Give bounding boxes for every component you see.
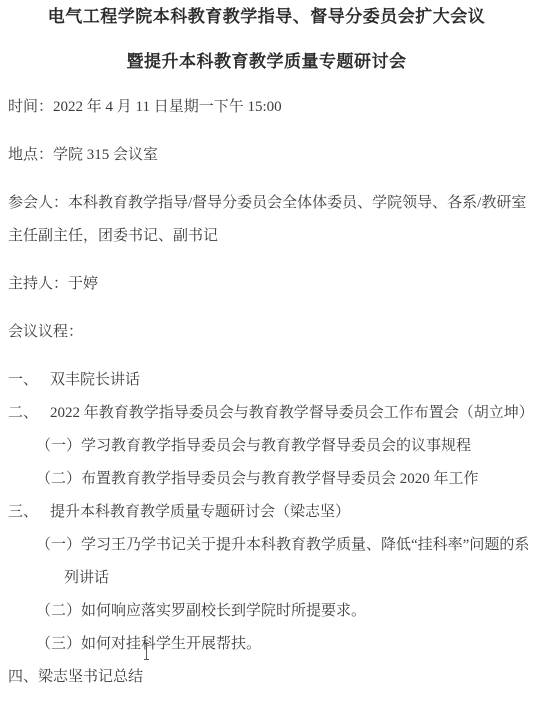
agenda-item-2-marker: 二、 [8,397,50,430]
agenda-item-3-sub-1-continued: 列讲话 [0,562,533,595]
agenda-item-2: 二、2022 年教育教学指导委员会与教育教学督导委员会工作布置会（胡立坤） [0,397,533,430]
document-page: 电气工程学院本科教育教学指导、督导分委员会扩大会议 暨提升本科教育教学质量专题研… [0,0,533,703]
agenda-item-3-sub-1: （一）学习王乃学书记关于提升本科教育教学质量、降低“挂科率”问题的系 [0,529,533,562]
agenda-item-3-sub-2: （二）如何响应落实罗副校长到学院时所提要求。 [0,595,533,628]
meeting-attendees: 参会人：本科教育教学指导/督导分委员会全体体委员、学院领导、各系/教研室 主任副… [0,187,533,253]
attendees-line-1: 参会人：本科教育教学指导/督导分委员会全体体委员、学院领导、各系/教研室 [8,187,523,220]
agenda-item-4: 四、梁志坚书记总结 [0,661,533,694]
agenda-item-3-text: 提升本科教育教学质量专题研讨会（梁志坚） [50,504,350,520]
doc-title-line-1: 电气工程学院本科教育教学指导、督导分委员会扩大会议 [0,6,533,28]
meeting-location: 地点：学院 315 会议室 [0,139,533,172]
agenda-list: 一、双丰院长讲话 二、2022 年教育教学指导委员会与教育教学督导委员会工作布置… [0,364,533,694]
meeting-host: 主持人：于婷 [0,268,533,301]
agenda-item-2-sub-2: （二）布置教育教学指导委员会与教育教学督导委员会 2020 年工作 [0,463,533,496]
agenda-item-1-text: 双丰院长讲话 [50,372,140,388]
text-cursor [146,644,147,659]
agenda-item-2-sub-1: （一）学习教育教学指导委员会与教育教学督导委员会的议事规程 [0,430,533,463]
agenda-item-3: 三、提升本科教育教学质量专题研讨会（梁志坚） [0,496,533,529]
agenda-item-2-text: 2022 年教育教学指导委员会与教育教学督导委员会工作布置会（胡立坤） [50,405,533,421]
doc-title-line-2: 暨提升本科教育教学质量专题研讨会 [0,51,533,73]
attendees-line-2: 主任副主任，团委书记、副书记 [8,220,523,253]
agenda-heading: 会议议程： [0,316,533,349]
meeting-time: 时间：2022 年 4 月 11 日星期一下午 15:00 [0,91,533,124]
agenda-item-3-sub-3: （三）如何对挂科学生开展帮扶。 [0,628,533,661]
agenda-item-3-marker: 三、 [8,496,50,529]
agenda-item-1-marker: 一、 [8,364,50,397]
agenda-item-1: 一、双丰院长讲话 [0,364,533,397]
